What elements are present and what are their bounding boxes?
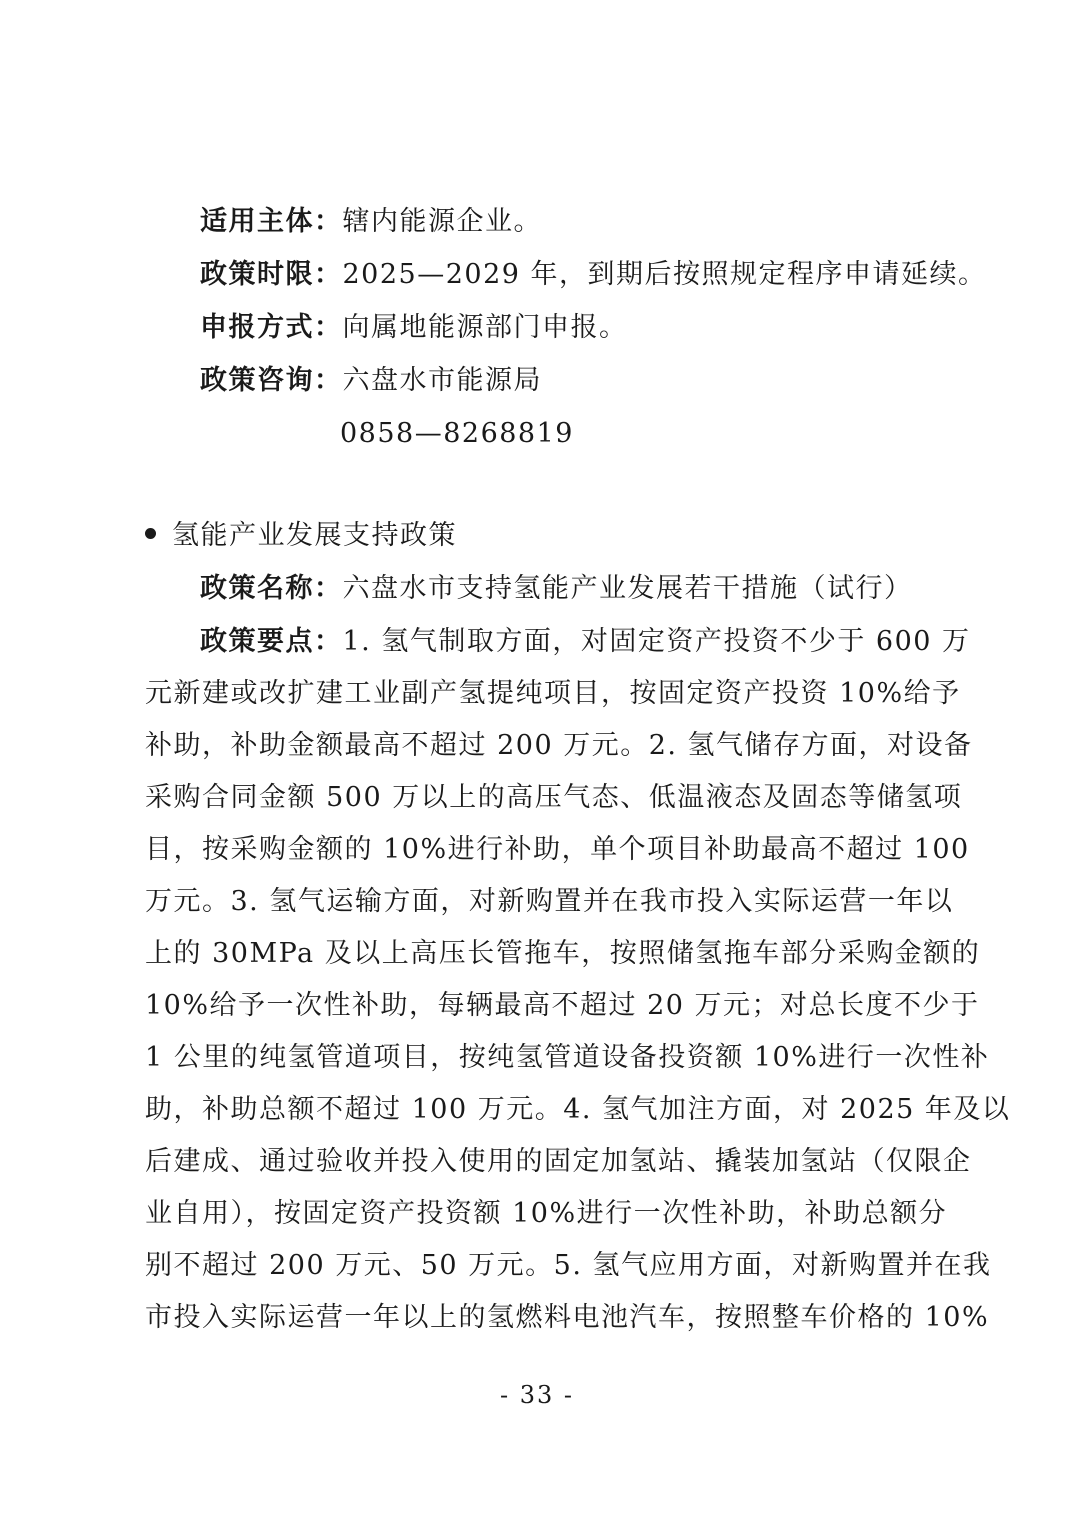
policy-points-line: 补助，补助金额最高不超过 200 万元。2. 氢气储存方面，对设备 [145, 726, 940, 766]
policy-points-line: 1 公里的纯氢管道项目，按纯氢管道设备投资额 10%进行一次性补 [145, 1038, 940, 1078]
policy-period-row: 政策时限：2025—2029 年，到期后按照规定程序申请延续。 [200, 255, 987, 295]
policy-points-row: 政策要点：1. 氢气制取方面，对固定资产投资不少于 600 万 [200, 622, 940, 662]
application-method-row: 申报方式：向属地能源部门申报。 [200, 308, 628, 348]
policy-name-label: 政策名称： [200, 573, 343, 604]
policy-points-line: 别不超过 200 万元、50 万元。5. 氢气应用方面，对新购置并在我 [145, 1246, 940, 1286]
policy-points-label: 政策要点： [200, 626, 343, 657]
policy-points-line: 业自用），按固定资产投资额 10%进行一次性补助，补助总额分 [145, 1194, 940, 1234]
applicable-entity-label: 适用主体： [200, 206, 343, 237]
consult-phone: 0858—8268819 [340, 414, 574, 454]
policy-consult-label: 政策咨询： [200, 365, 343, 396]
policy-points-line: 10%给予一次性补助，每辆最高不超过 20 万元；对总长度不少于 [145, 986, 940, 1026]
policy-name-row: 政策名称：六盘水市支持氢能产业发展若干措施（试行） [200, 569, 913, 609]
applicable-entity-row: 适用主体：辖内能源企业。 [200, 202, 542, 242]
policy-points-line: 目，按采购金额的 10%进行补助，单个项目补助最高不超过 100 [145, 830, 940, 870]
section-heading: 氢能产业发展支持政策 [145, 516, 457, 556]
policy-points-line: 上的 30MPa 及以上高压长管拖车，按照储氢拖车部分采购金额的 [145, 934, 940, 974]
application-method-label: 申报方式： [200, 312, 343, 343]
policy-points-line: 元新建或改扩建工业副产氢提纯项目，按固定资产投资 10%给予 [145, 674, 940, 714]
policy-points-line: 后建成、通过验收并投入使用的固定加氢站、撬装加氢站（仅限企 [145, 1142, 940, 1182]
applicable-entity-value: 辖内能源企业。 [343, 206, 543, 237]
policy-points-line: 市投入实际运营一年以上的氢燃料电池汽车，按照整车价格的 10% [145, 1298, 940, 1338]
policy-consult-org: 六盘水市能源局 [343, 365, 543, 396]
policy-points-line: 万元。3. 氢气运输方面，对新购置并在我市投入实际运营一年以 [145, 882, 940, 922]
policy-period-label: 政策时限： [200, 259, 343, 290]
application-method-value: 向属地能源部门申报。 [343, 312, 628, 343]
policy-points-line: 助，补助总额不超过 100 万元。4. 氢气加注方面，对 2025 年及以 [145, 1090, 940, 1130]
policy-period-value: 2025—2029 年，到期后按照规定程序申请延续。 [343, 259, 987, 290]
policy-points-line: 采购合同金额 500 万以上的高压气态、低温液态及固态等储氢项 [145, 778, 940, 818]
policy-points-line: 1. 氢气制取方面，对固定资产投资不少于 600 万 [343, 626, 971, 657]
policy-name-value: 六盘水市支持氢能产业发展若干措施（试行） [343, 573, 913, 604]
page-number: - 33 - [0, 1375, 1074, 1415]
section-heading-text: 氢能产业发展支持政策 [172, 520, 457, 551]
bullet-icon [145, 528, 156, 539]
policy-consult-row: 政策咨询：六盘水市能源局 [200, 361, 542, 401]
